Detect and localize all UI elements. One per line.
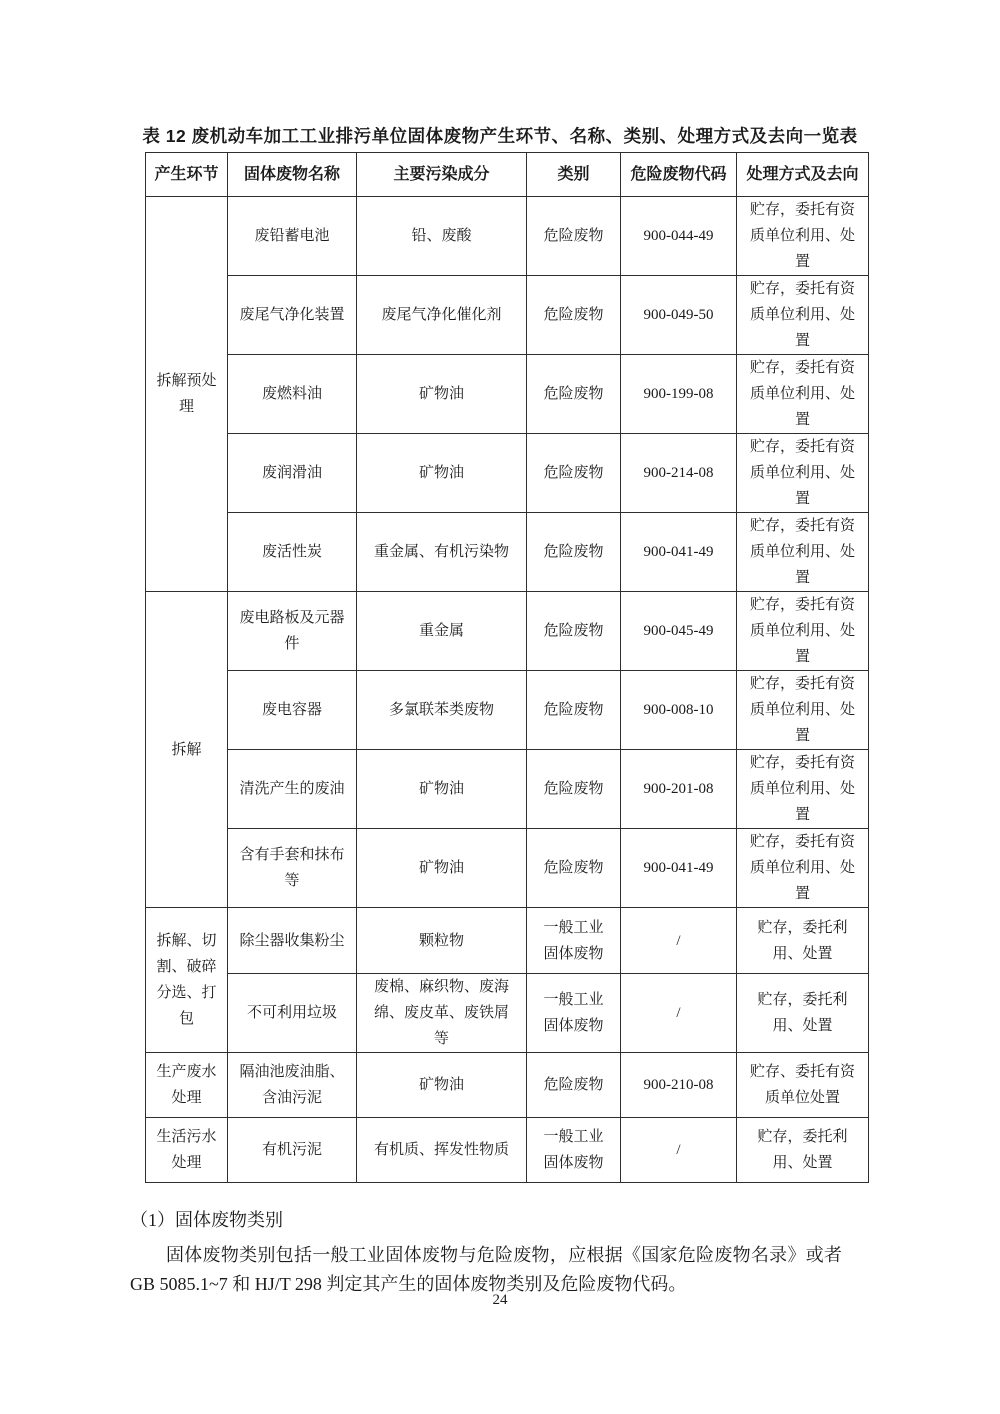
category-cell: 危险废物 xyxy=(527,355,621,434)
header-pollutants: 主要污染成分 xyxy=(357,153,527,197)
disposal-cell: 贮存，委托有资质单位利用、处置 xyxy=(737,276,869,355)
waste-name-cell: 废电路板及元器件 xyxy=(228,592,357,671)
waste-name-cell: 废铅蓄电池 xyxy=(228,197,357,276)
code-cell: 900-049-50 xyxy=(621,276,737,355)
header-stage: 产生环节 xyxy=(146,153,228,197)
category-cell: 危险废物 xyxy=(527,592,621,671)
category-cell: 危险废物 xyxy=(527,513,621,592)
header-category: 类别 xyxy=(527,153,621,197)
waste-name-cell: 隔油池废油脂、含油污泥 xyxy=(228,1053,357,1118)
waste-name-cell: 废活性炭 xyxy=(228,513,357,592)
table-row: 生活污水处理 有机污泥 有机质、挥发性物质 一般工业固体废物 / 贮存，委托利用… xyxy=(146,1118,869,1183)
category-cell: 危险废物 xyxy=(527,671,621,750)
disposal-cell: 贮存，委托有资质单位利用、处置 xyxy=(737,829,869,908)
header-disposal: 处理方式及去向 xyxy=(737,153,869,197)
table-row: 不可利用垃圾 废棉、麻织物、废海绵、废皮革、废铁屑等 一般工业固体废物 / 贮存… xyxy=(146,974,869,1053)
pollutant-cell: 废棉、麻织物、废海绵、废皮革、废铁屑等 xyxy=(357,974,527,1053)
table-row: 废燃料油 矿物油 危险废物 900-199-08 贮存，委托有资质单位利用、处置 xyxy=(146,355,869,434)
category-cell: 一般工业固体废物 xyxy=(527,908,621,974)
category-cell: 危险废物 xyxy=(527,1053,621,1118)
pollutant-cell: 多氯联苯类废物 xyxy=(357,671,527,750)
pollutant-cell: 重金属、有机污染物 xyxy=(357,513,527,592)
pollutant-cell: 颗粒物 xyxy=(357,908,527,974)
category-cell: 危险废物 xyxy=(527,829,621,908)
code-cell: 900-041-49 xyxy=(621,829,737,908)
code-cell: 900-214-08 xyxy=(621,434,737,513)
table-row: 废电容器 多氯联苯类废物 危险废物 900-008-10 贮存，委托有资质单位利… xyxy=(146,671,869,750)
pollutant-cell: 重金属 xyxy=(357,592,527,671)
pollutant-cell: 废尾气净化催化剂 xyxy=(357,276,527,355)
pollutant-cell: 矿物油 xyxy=(357,1053,527,1118)
category-cell: 一般工业固体废物 xyxy=(527,1118,621,1183)
disposal-cell: 贮存，委托利用、处置 xyxy=(737,974,869,1053)
table-row: 废尾气净化装置 废尾气净化催化剂 危险废物 900-049-50 贮存，委托有资… xyxy=(146,276,869,355)
waste-name-cell: 废电容器 xyxy=(228,671,357,750)
disposal-cell: 贮存，委托有资质单位利用、处置 xyxy=(737,513,869,592)
table-row: 含有手套和抹布等 矿物油 危险废物 900-041-49 贮存，委托有资质单位利… xyxy=(146,829,869,908)
page-number: 24 xyxy=(0,1291,1000,1309)
disposal-cell: 贮存，委托有资质单位利用、处置 xyxy=(737,355,869,434)
header-code: 危险废物代码 xyxy=(621,153,737,197)
table-row: 拆解 废电路板及元器件 重金属 危险废物 900-045-49 贮存，委托有资质… xyxy=(146,592,869,671)
code-cell: 900-044-49 xyxy=(621,197,737,276)
table-row: 生产废水处理 隔油池废油脂、含油污泥 矿物油 危险废物 900-210-08 贮… xyxy=(146,1053,869,1118)
code-cell: / xyxy=(621,974,737,1053)
disposal-cell: 贮存，委托有资质单位利用、处置 xyxy=(737,671,869,750)
table-row: 废润滑油 矿物油 危险废物 900-214-08 贮存，委托有资质单位利用、处置 xyxy=(146,434,869,513)
code-cell: 900-041-49 xyxy=(621,513,737,592)
code-cell: 900-199-08 xyxy=(621,355,737,434)
table-row: 废活性炭 重金属、有机污染物 危险废物 900-041-49 贮存，委托有资质单… xyxy=(146,513,869,592)
waste-name-cell: 不可利用垃圾 xyxy=(228,974,357,1053)
pollutant-cell: 铅、废酸 xyxy=(357,197,527,276)
pollutant-cell: 有机质、挥发性物质 xyxy=(357,1118,527,1183)
waste-name-cell: 除尘器收集粉尘 xyxy=(228,908,357,974)
notes-section: （1）固体废物类别 固体废物类别包括一般工业固体废物与危险废物，应根据《国家危险… xyxy=(130,1207,842,1299)
table-header-row: 产生环节 固体废物名称 主要污染成分 类别 危险废物代码 处理方式及去向 xyxy=(146,153,869,197)
code-cell: 900-201-08 xyxy=(621,750,737,829)
category-cell: 危险废物 xyxy=(527,750,621,829)
stage-cell: 拆解 xyxy=(146,592,228,908)
disposal-cell: 贮存、委托有资质单位处置 xyxy=(737,1053,869,1118)
pollutant-cell: 矿物油 xyxy=(357,750,527,829)
stage-cell: 生产废水处理 xyxy=(146,1053,228,1118)
pollutant-cell: 矿物油 xyxy=(357,829,527,908)
code-cell: 900-008-10 xyxy=(621,671,737,750)
header-waste-name: 固体废物名称 xyxy=(228,153,357,197)
stage-cell: 生活污水处理 xyxy=(146,1118,228,1183)
category-cell: 危险废物 xyxy=(527,276,621,355)
waste-name-cell: 有机污泥 xyxy=(228,1118,357,1183)
waste-name-cell: 含有手套和抹布等 xyxy=(228,829,357,908)
waste-table: 产生环节 固体废物名称 主要污染成分 类别 危险废物代码 处理方式及去向 拆解预… xyxy=(145,152,869,1183)
table-title: 表 12 废机动车加工工业排污单位固体废物产生环节、名称、类别、处理方式及去向一… xyxy=(0,123,1000,149)
disposal-cell: 贮存，委托有资质单位利用、处置 xyxy=(737,434,869,513)
pollutant-cell: 矿物油 xyxy=(357,434,527,513)
category-cell: 危险废物 xyxy=(527,197,621,276)
stage-cell: 拆解预处理 xyxy=(146,197,228,592)
pollutant-cell: 矿物油 xyxy=(357,355,527,434)
code-cell: / xyxy=(621,1118,737,1183)
waste-name-cell: 废燃料油 xyxy=(228,355,357,434)
disposal-cell: 贮存，委托有资质单位利用、处置 xyxy=(737,592,869,671)
disposal-cell: 贮存，委托利用、处置 xyxy=(737,1118,869,1183)
code-cell: 900-045-49 xyxy=(621,592,737,671)
table-row: 清洗产生的废油 矿物油 危险废物 900-201-08 贮存，委托有资质单位利用… xyxy=(146,750,869,829)
category-cell: 危险废物 xyxy=(527,434,621,513)
waste-name-cell: 清洗产生的废油 xyxy=(228,750,357,829)
disposal-cell: 贮存，委托有资质单位利用、处置 xyxy=(737,197,869,276)
waste-name-cell: 废润滑油 xyxy=(228,434,357,513)
code-cell: / xyxy=(621,908,737,974)
document-page: 表 12 废机动车加工工业排污单位固体废物产生环节、名称、类别、处理方式及去向一… xyxy=(0,0,1000,1414)
notes-heading: （1）固体废物类别 xyxy=(130,1207,842,1234)
disposal-cell: 贮存，委托有资质单位利用、处置 xyxy=(737,750,869,829)
table-row: 拆解预处理 废铅蓄电池 铅、废酸 危险废物 900-044-49 贮存，委托有资… xyxy=(146,197,869,276)
table-row: 拆解、切割、破碎分选、打包 除尘器收集粉尘 颗粒物 一般工业固体废物 / 贮存，… xyxy=(146,908,869,974)
disposal-cell: 贮存，委托利用、处置 xyxy=(737,908,869,974)
code-cell: 900-210-08 xyxy=(621,1053,737,1118)
category-cell: 一般工业固体废物 xyxy=(527,974,621,1053)
waste-name-cell: 废尾气净化装置 xyxy=(228,276,357,355)
stage-cell: 拆解、切割、破碎分选、打包 xyxy=(146,908,228,1053)
